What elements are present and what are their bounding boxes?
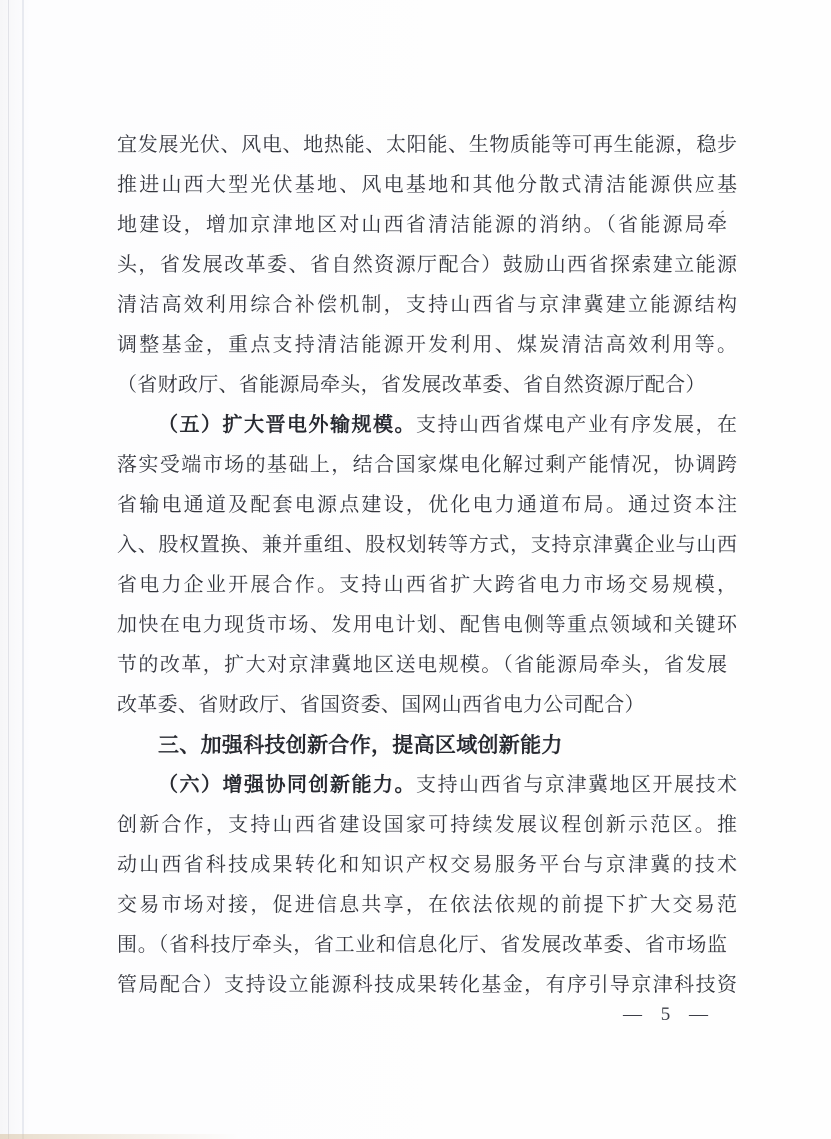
- text-run: 交易市场对接，促进信息共享，在依法依规的前提下扩大交易范: [117, 894, 739, 916]
- text-run: 省输电通道及配套电源点建设，优化电力通道布局。通过资本注: [117, 494, 739, 516]
- text-run: 节的改革，扩大对京津冀地区送电规模。（省能源局牵头，省发展: [117, 654, 728, 676]
- document-page: ˊ 宜发展光伏、风电、地热能、太阳能、生物质能等可再生能源，稳步推进山西大型光伏…: [0, 0, 831, 1139]
- text-line: 围。（省科技厅牵头，省工业和信息化厅、省发展改革委、省市场监: [117, 925, 737, 965]
- text-line: 交易市场对接，促进信息共享，在依法依规的前提下扩大交易范: [117, 885, 737, 925]
- text-line: （省财政厅、省能源局牵头，省发展改革委、省自然资源厅配合）: [117, 365, 737, 405]
- text-run: 支持山西省与京津冀地区开展技术: [416, 774, 739, 796]
- text-run: 调整基金，重点支持清洁能源开发利用、煤炭清洁高效利用等。: [117, 334, 739, 356]
- text-line: 创新合作，支持山西省建设国家可持续发展议程创新示范区。推: [117, 805, 737, 845]
- bold-run: 三、加强科技创新合作，提高区域创新能力: [158, 733, 563, 757]
- text-run: 管局配合）支持设立能源科技成果转化基金，有序引导京津科技资: [117, 974, 738, 996]
- text-run: 省电力企业开展合作。支持山西省扩大跨省电力市场交易规模，: [117, 574, 739, 596]
- text-run: 入、股权置换、兼并重组、股权划转等方式，支持京津冀企业与山西: [117, 534, 738, 556]
- text-run: 动山西省科技成果转化和知识产权交易服务平台与京津冀的技术: [117, 854, 739, 876]
- text-line: 加快在电力现货市场、发用电计划、配售电侧等重点领域和关键环: [117, 605, 737, 645]
- text-run: 清洁高效利用综合补偿机制，支持山西省与京津冀建立能源结构: [117, 294, 739, 316]
- text-line: 管局配合）支持设立能源科技成果转化基金，有序引导京津科技资: [117, 965, 737, 1005]
- text-line: 省输电通道及配套电源点建设，优化电力通道布局。通过资本注: [117, 485, 737, 525]
- scan-edge-bottom-shade: [0, 1134, 240, 1139]
- page-number: — 5 —: [623, 1004, 715, 1026]
- bold-run: （六）增强协同创新能力。: [158, 774, 416, 796]
- text-line: 入、股权置换、兼并重组、股权划转等方式，支持京津冀企业与山西: [117, 525, 737, 565]
- text-line: （五）扩大晋电外输规模。支持山西省煤电产业有序发展，在: [117, 405, 737, 445]
- text-line: 地建设，增加京津地区对山西省清洁能源的消纳。（省能源局牵: [117, 205, 737, 245]
- text-line: 动山西省科技成果转化和知识产权交易服务平台与京津冀的技术: [117, 845, 737, 885]
- text-run: 加快在电力现货市场、发用电计划、配售电侧等重点领域和关键环: [117, 614, 738, 636]
- text-line: 省电力企业开展合作。支持山西省扩大跨省电力市场交易规模，: [117, 565, 737, 605]
- text-line: 宜发展光伏、风电、地热能、太阳能、生物质能等可再生能源，稳步: [117, 125, 737, 165]
- text-line: 节的改革，扩大对京津冀地区送电规模。（省能源局牵头，省发展: [117, 645, 737, 685]
- text-run: 头，省发展改革委、省自然资源厅配合）鼓励山西省探索建立能源: [117, 254, 738, 276]
- body-text-block: 宜发展光伏、风电、地热能、太阳能、生物质能等可再生能源，稳步推进山西大型光伏基地…: [117, 125, 737, 1005]
- text-run: 推进山西大型光伏基地、风电基地和其他分散式清洁能源供应基: [117, 174, 739, 196]
- text-run: 落实受端市场的基础上，结合国家煤电化解过剩产能情况，协调跨: [117, 454, 738, 476]
- text-line: 调整基金，重点支持清洁能源开发利用、煤炭清洁高效利用等。: [117, 325, 737, 365]
- text-run: 创新合作，支持山西省建设国家可持续发展议程创新示范区。推: [117, 814, 739, 836]
- section-heading: 三、加强科技创新合作，提高区域创新能力: [117, 725, 737, 765]
- text-line: （六）增强协同创新能力。支持山西省与京津冀地区开展技术: [117, 765, 737, 805]
- text-line: 改革委、省财政厅、省国资委、国网山西省电力公司配合）: [117, 685, 737, 725]
- text-line: 落实受端市场的基础上，结合国家煤电化解过剩产能情况，协调跨: [117, 445, 737, 485]
- text-run: 改革委、省财政厅、省国资委、国网山西省电力公司配合）: [117, 694, 645, 716]
- text-run: 支持山西省煤电产业有序发展，在: [416, 414, 739, 436]
- text-run: （省财政厅、省能源局牵头，省发展改革委、省自然资源厅配合）: [117, 374, 706, 396]
- scan-edge-line-inner: [22, 0, 24, 1139]
- text-run: 宜发展光伏、风电、地热能、太阳能、生物质能等可再生能源，稳步: [117, 134, 738, 156]
- text-line: 推进山西大型光伏基地、风电基地和其他分散式清洁能源供应基: [117, 165, 737, 205]
- text-line: 清洁高效利用综合补偿机制，支持山西省与京津冀建立能源结构: [117, 285, 737, 325]
- text-run: 围。（省科技厅牵头，省工业和信息化厅、省发展改革委、省市场监: [117, 934, 728, 956]
- text-run: 地建设，增加京津地区对山西省清洁能源的消纳。（省能源局牵: [117, 214, 729, 236]
- bold-run: （五）扩大晋电外输规模。: [158, 414, 416, 436]
- text-line: 头，省发展改革委、省自然资源厅配合）鼓励山西省探索建立能源: [117, 245, 737, 285]
- scan-edge-line-outer: [8, 0, 9, 1139]
